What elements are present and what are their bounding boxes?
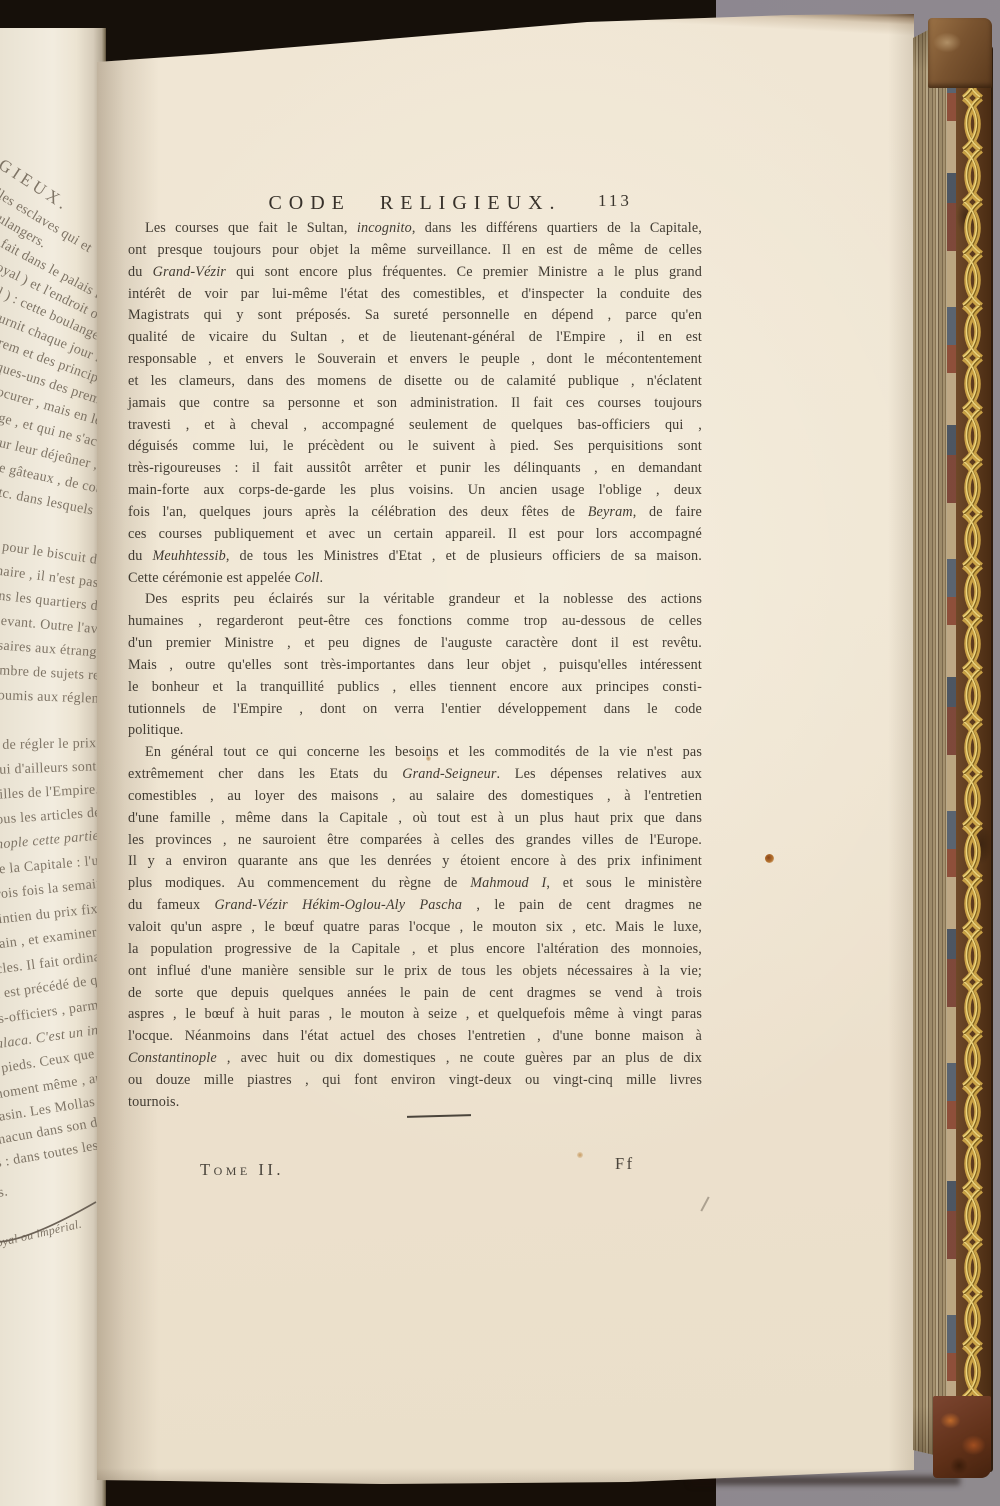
text-line: Il y a environ quarante ans que les denr… <box>128 851 702 873</box>
foxing-spot <box>577 1152 583 1158</box>
text-line: main-forte aux corps-de-garde les plus v… <box>128 480 702 502</box>
text-line: Constantinople , avec huit ou dix domest… <box>128 1048 702 1070</box>
pencil-mark <box>700 1196 709 1211</box>
text-line: responsable , et envers le Souverain et … <box>128 349 702 371</box>
facing-page-fragment: ombre de sujets regnicol <box>0 663 106 687</box>
facing-page-fragment: villes de l'Empire. Il a <box>0 781 106 804</box>
text-line: intérêt de voir par lui-même l'état des … <box>128 284 702 306</box>
worn-binding-corner-bottom <box>933 1396 991 1478</box>
page-number: 113 <box>598 191 632 211</box>
text-line: le bonheur et la tranquillité publics , … <box>128 677 702 699</box>
text-line: tutionnels de l'Empire , dont on verra l… <box>128 699 702 721</box>
text-line: Des esprits peu éclairés sur la véritabl… <box>128 589 702 611</box>
facing-page-fragment: es. <box>0 1184 9 1203</box>
leather-binding <box>956 46 993 1472</box>
facing-page-fragment: aintien du prix fixe des <box>0 899 106 929</box>
facing-page-fragment: e de régler le prix des de <box>0 735 106 754</box>
facing-page-fragment: qui d'ailleurs sont ex <box>0 759 106 779</box>
facing-page-fragment: pain , et examiner les <box>0 923 106 954</box>
fore-edge-shadow <box>888 12 914 1484</box>
marbled-endpaper-edge <box>947 55 956 1463</box>
text-line: d'un premier Ministre , et peu dignes de… <box>128 633 702 655</box>
text-line: la population progressive de la Capitale… <box>128 939 702 961</box>
text-line: du fameux Grand-Vézir Hékim-Oglou-Aly Pa… <box>128 895 702 917</box>
text-line: politique. <box>128 720 702 742</box>
footer-rule <box>407 1114 471 1118</box>
tome-label: Tome II. <box>200 1160 284 1180</box>
text-line: tournois. <box>128 1092 702 1114</box>
text-line: déguisés comme lui, le précèdent ou le s… <box>128 436 702 458</box>
text-line: extrêmement cher dans les Etats du Grand… <box>128 764 702 786</box>
text-line: travesti , et à cheval , accompagné seul… <box>128 415 702 437</box>
text-line: du Grand-Vézir qui sont encore plus fréq… <box>128 262 702 284</box>
text-line: qualité de vicaire du Sultan , et de lie… <box>128 327 702 349</box>
facing-page-fragment: Levant. Outre l'avantage <box>0 613 106 642</box>
text-line: humaines , regarderont peut-être ces fon… <box>128 611 702 633</box>
text-line: comestibles , au loyer des maisons , au … <box>128 786 702 808</box>
text-line: fois l'an, quelques jours après la céléb… <box>128 502 702 524</box>
text-line: aspres , le bœuf à huit paras , le mouto… <box>128 1004 702 1026</box>
text-line: Magistrats qui y sont préposés. Sa suret… <box>128 305 702 327</box>
body-text: Les courses que fait le Sultan, incognit… <box>128 218 702 1114</box>
facing-page-fragment: ans les quartiers des Eu <box>0 588 106 618</box>
text-line: Mais , outre qu'elles sont très-importan… <box>128 655 702 677</box>
facing-page-fragment: trois fois la semaine , <box>0 875 106 904</box>
text-line: jamais que contre sa personne et son adm… <box>128 393 702 415</box>
text-line: ont presque toujours pour objet la même … <box>128 240 702 262</box>
facing-page-edge: IGIEUX.illes esclaves qui etoulangers.e … <box>0 28 106 1506</box>
text-line: et les clameurs, dans des momens de dise… <box>128 371 702 393</box>
fore-edge-pages <box>913 14 947 1464</box>
text-line: ont influé d'une manière sensible sur le… <box>128 961 702 983</box>
text-line: En général tout ce qui concerne les beso… <box>128 742 702 764</box>
facing-page-fragment: soumis aux réglemens <box>0 688 106 709</box>
main-page: CODE RELIGIEUX. 113 Les courses que fait… <box>97 12 914 1484</box>
text-line: les provinces , ne sauroient être compar… <box>128 830 702 852</box>
text-line: ou douze mille piastres , qui font envir… <box>128 1070 702 1092</box>
worn-binding-corner-top <box>928 18 992 88</box>
running-header: CODE RELIGIEUX. 113 <box>128 192 702 218</box>
text-line: d'une famille , même dans la Capitale , … <box>128 808 702 830</box>
facing-page-fragment: inople cette partie de la <box>0 826 106 854</box>
foxing-spot <box>765 854 774 863</box>
facing-page-fragment: ssaires aux étrangers et à <box>0 638 106 664</box>
text-line: du Meuhhtessib, de tous les Ministres d'… <box>128 546 702 568</box>
gilt-rope-pattern <box>959 46 986 1472</box>
text-line: l'ocque. Néanmoins dans l'état actuel de… <box>128 1026 702 1048</box>
text-line: plus modiques. Au commencement du règne … <box>128 873 702 895</box>
text-line: ces courses publiquement et avec un cert… <box>128 524 702 546</box>
text-line: Cette cérémonie est appelée Coll. <box>128 568 702 590</box>
text-line: valoit qu'un aspre , le bœuf quatre para… <box>128 917 702 939</box>
facing-page-fragment: tous les articles de premi <box>0 803 106 829</box>
photo-of-open-book: { "colors":{ "backdrop_gray":"#8d8790","… <box>0 0 1000 1506</box>
text-line: de sorte que depuis quelques années le p… <box>128 983 702 1005</box>
text-line: très-rigoureuses : il fait aussitôt arrê… <box>128 458 702 480</box>
text-line: Les courses que fait le Sultan, incognit… <box>128 218 702 240</box>
catchword: Ff <box>615 1154 635 1174</box>
facing-page-fragment: de la Capitale : l'un de <box>0 852 106 879</box>
